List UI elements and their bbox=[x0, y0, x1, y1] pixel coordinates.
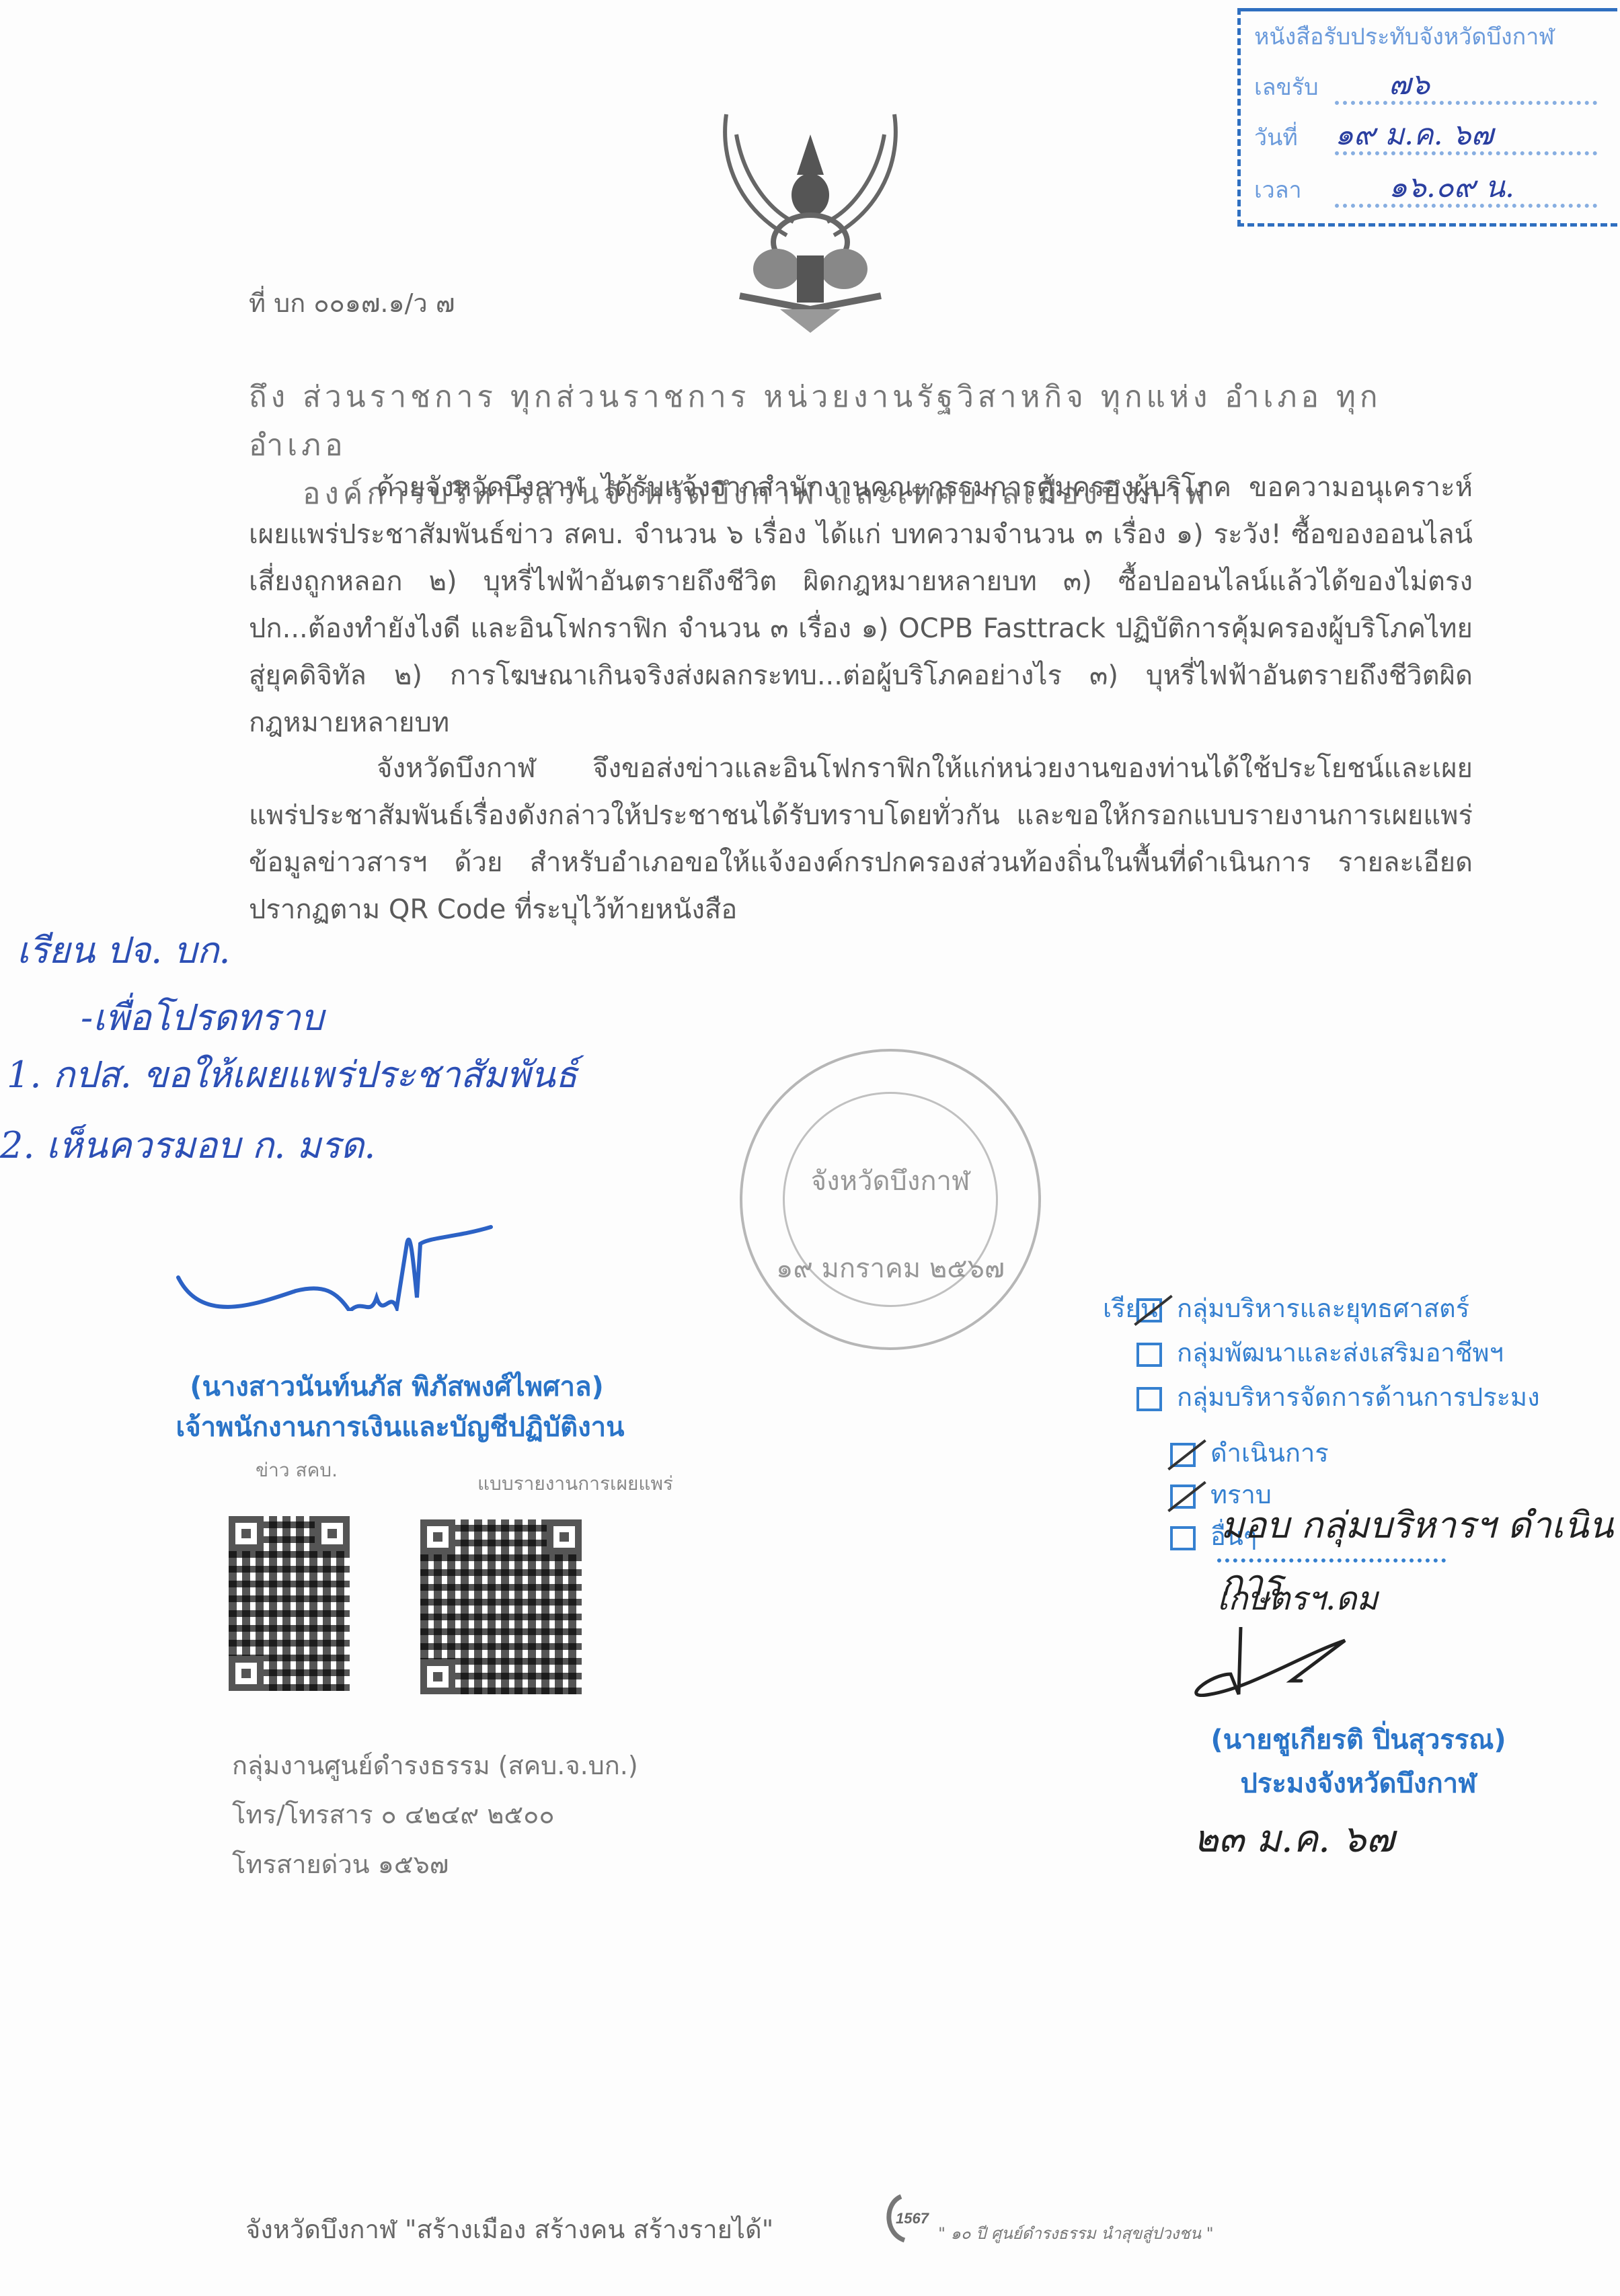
checkbox-checked-icon[interactable] bbox=[1170, 1443, 1196, 1467]
svg-text:1567: 1567 bbox=[896, 2210, 930, 2227]
signer2-title: ประมงจังหวัดบึงกาฬ bbox=[1143, 1761, 1574, 1805]
signer2-handwritten-date: ๒๓ ม.ค. ๖๗ bbox=[1194, 1809, 1394, 1868]
qr2-label: แบบรายงานการเผยแพร่ bbox=[477, 1469, 673, 1499]
time-row: เวลา ๑๖.๐๙ น. bbox=[1254, 171, 1604, 212]
receive-no-label: เลขรับ bbox=[1254, 74, 1319, 101]
receive-no-value: ๗๖ bbox=[1389, 61, 1430, 108]
routing-action-1-label: ดำเนินการ bbox=[1210, 1438, 1329, 1468]
date-label: วันที่ bbox=[1254, 124, 1298, 151]
receipt-header: หนังสือรับประทับจังหวัดบึงกาฬ bbox=[1254, 18, 1604, 58]
routing-group-2[interactable]: กลุ่มพัฒนาและส่งเสริมอาชีพฯ bbox=[1136, 1332, 1540, 1376]
damrongdhama-logo-icon: 1567 bbox=[881, 2193, 935, 2247]
routing-groups: กลุ่มบริหารและยุทธศาสตร์ กลุ่มพัฒนาและส่… bbox=[1136, 1288, 1540, 1421]
time-label: เวลา bbox=[1254, 177, 1302, 204]
routing-group-1-label: กลุ่มบริหารและยุทธศาสตร์ bbox=[1177, 1294, 1469, 1323]
seal-date: ๑๙ มกราคม ๒๕๖๗ bbox=[742, 1246, 1038, 1290]
checkbox-icon[interactable] bbox=[1136, 1343, 1162, 1367]
contact-hotline: โทรสายด่วน ๑๕๖๗ bbox=[232, 1844, 449, 1885]
signer2-name: (นายชูเกียรติ ปิ่นสุวรรณ) bbox=[1143, 1718, 1574, 1761]
routing-group-1[interactable]: กลุ่มบริหารและยุทธศาสตร์ bbox=[1136, 1288, 1540, 1332]
addressees-line1: ถึง ส่วนราชการ ทุกส่วนราชการ หน่วยงานรัฐ… bbox=[249, 373, 1479, 470]
document-number: ที่ บก ๐๐๑๗.๑/ว ๗ bbox=[249, 282, 455, 323]
seal-province-name: จังหวัดบึงกาฬ bbox=[742, 1159, 1038, 1202]
province-seal: จังหวัดบึงกาฬ ๑๙ มกราคม ๒๕๖๗ bbox=[740, 1049, 1041, 1350]
receive-no-row: เลขรับ ๗๖ bbox=[1254, 69, 1604, 109]
routing-group-3-label: กลุ่มบริหารจัดการด้านการประมง bbox=[1177, 1382, 1540, 1412]
garuda-emblem-icon bbox=[713, 108, 908, 336]
qr1-label: ข่าว สคบ. bbox=[256, 1456, 338, 1485]
checkbox-checked-icon[interactable] bbox=[1170, 1485, 1196, 1509]
footer-tagline: " ๑๐ ปี ศูนย์ดำรงธรรม นำสุขสู่ปวงชน " bbox=[938, 2220, 1214, 2246]
receipt-header-text: หนังสือรับประทับจังหวัดบึงกาฬ bbox=[1254, 24, 1555, 50]
qr-code-report-form[interactable] bbox=[420, 1519, 582, 1694]
signer1-name: (นางสาวนันท์นภัส พิภัสพงศ์ไพศาล) bbox=[128, 1365, 666, 1408]
handwritten-note-line3: 1. กปส. ขอให้เผยแพร่ประชาสัมพันธ์ bbox=[7, 1045, 578, 1103]
footer-slogan: จังหวัดบึงกาฬ "สร้างเมือง สร้างคน สร้างร… bbox=[245, 2209, 773, 2250]
date-row: วันที่ ๑๙ ม.ค. ๖๗ bbox=[1254, 119, 1604, 159]
routing-group-2-label: กลุ่มพัฒนาและส่งเสริมอาชีพฯ bbox=[1177, 1338, 1504, 1368]
signature-1 bbox=[175, 1224, 551, 1311]
checkbox-icon[interactable] bbox=[1170, 1526, 1196, 1550]
date-value: ๑๙ ม.ค. ๖๗ bbox=[1335, 111, 1494, 158]
routing-action-1[interactable]: ดำเนินการ bbox=[1170, 1432, 1329, 1474]
contact-phone: โทร/โทรสาร ๐ ๔๒๔๙ ๒๕๐๐ bbox=[232, 1794, 555, 1835]
handwritten-note-line4: 2. เห็นควรมอบ ก. มรด. bbox=[0, 1116, 375, 1174]
signer1-title: เจ้าพนักงานการเงินและบัญชีปฏิบัติงาน bbox=[114, 1405, 686, 1448]
signature-2 bbox=[1184, 1627, 1358, 1708]
qr-code-news[interactable] bbox=[229, 1516, 350, 1691]
checkbox-icon[interactable] bbox=[1136, 1387, 1162, 1411]
receipt-stamp: หนังสือรับประทับจังหวัดบึงกาฬ เลขรับ ๗๖ … bbox=[1237, 8, 1617, 227]
time-value: ๑๖.๐๙ น. bbox=[1389, 163, 1514, 210]
body-paragraph-1: ด้วยจังหวัดบึงกาฬ ได้รับแจ้งจากสำนักงานค… bbox=[249, 464, 1473, 746]
handwritten-note-line1: เรียน ปจ. บก. bbox=[17, 921, 231, 979]
body-paragraph-2: จังหวัดบึงกาฬ จึงขอส่งข่าวและอินโฟกราฟิก… bbox=[249, 745, 1473, 933]
checkbox-checked-icon[interactable] bbox=[1136, 1298, 1162, 1322]
routing-group-3[interactable]: กลุ่มบริหารจัดการด้านการประมง bbox=[1136, 1376, 1540, 1421]
handwritten-note-line2: -เพื่อโปรดทราบ bbox=[81, 988, 323, 1046]
handwritten-sub: เกษตรฯ.ดม bbox=[1217, 1573, 1378, 1624]
contact-unit: กลุ่มงานศูนย์ดำรงธรรม (สคบ.จ.บก.) bbox=[232, 1745, 638, 1786]
